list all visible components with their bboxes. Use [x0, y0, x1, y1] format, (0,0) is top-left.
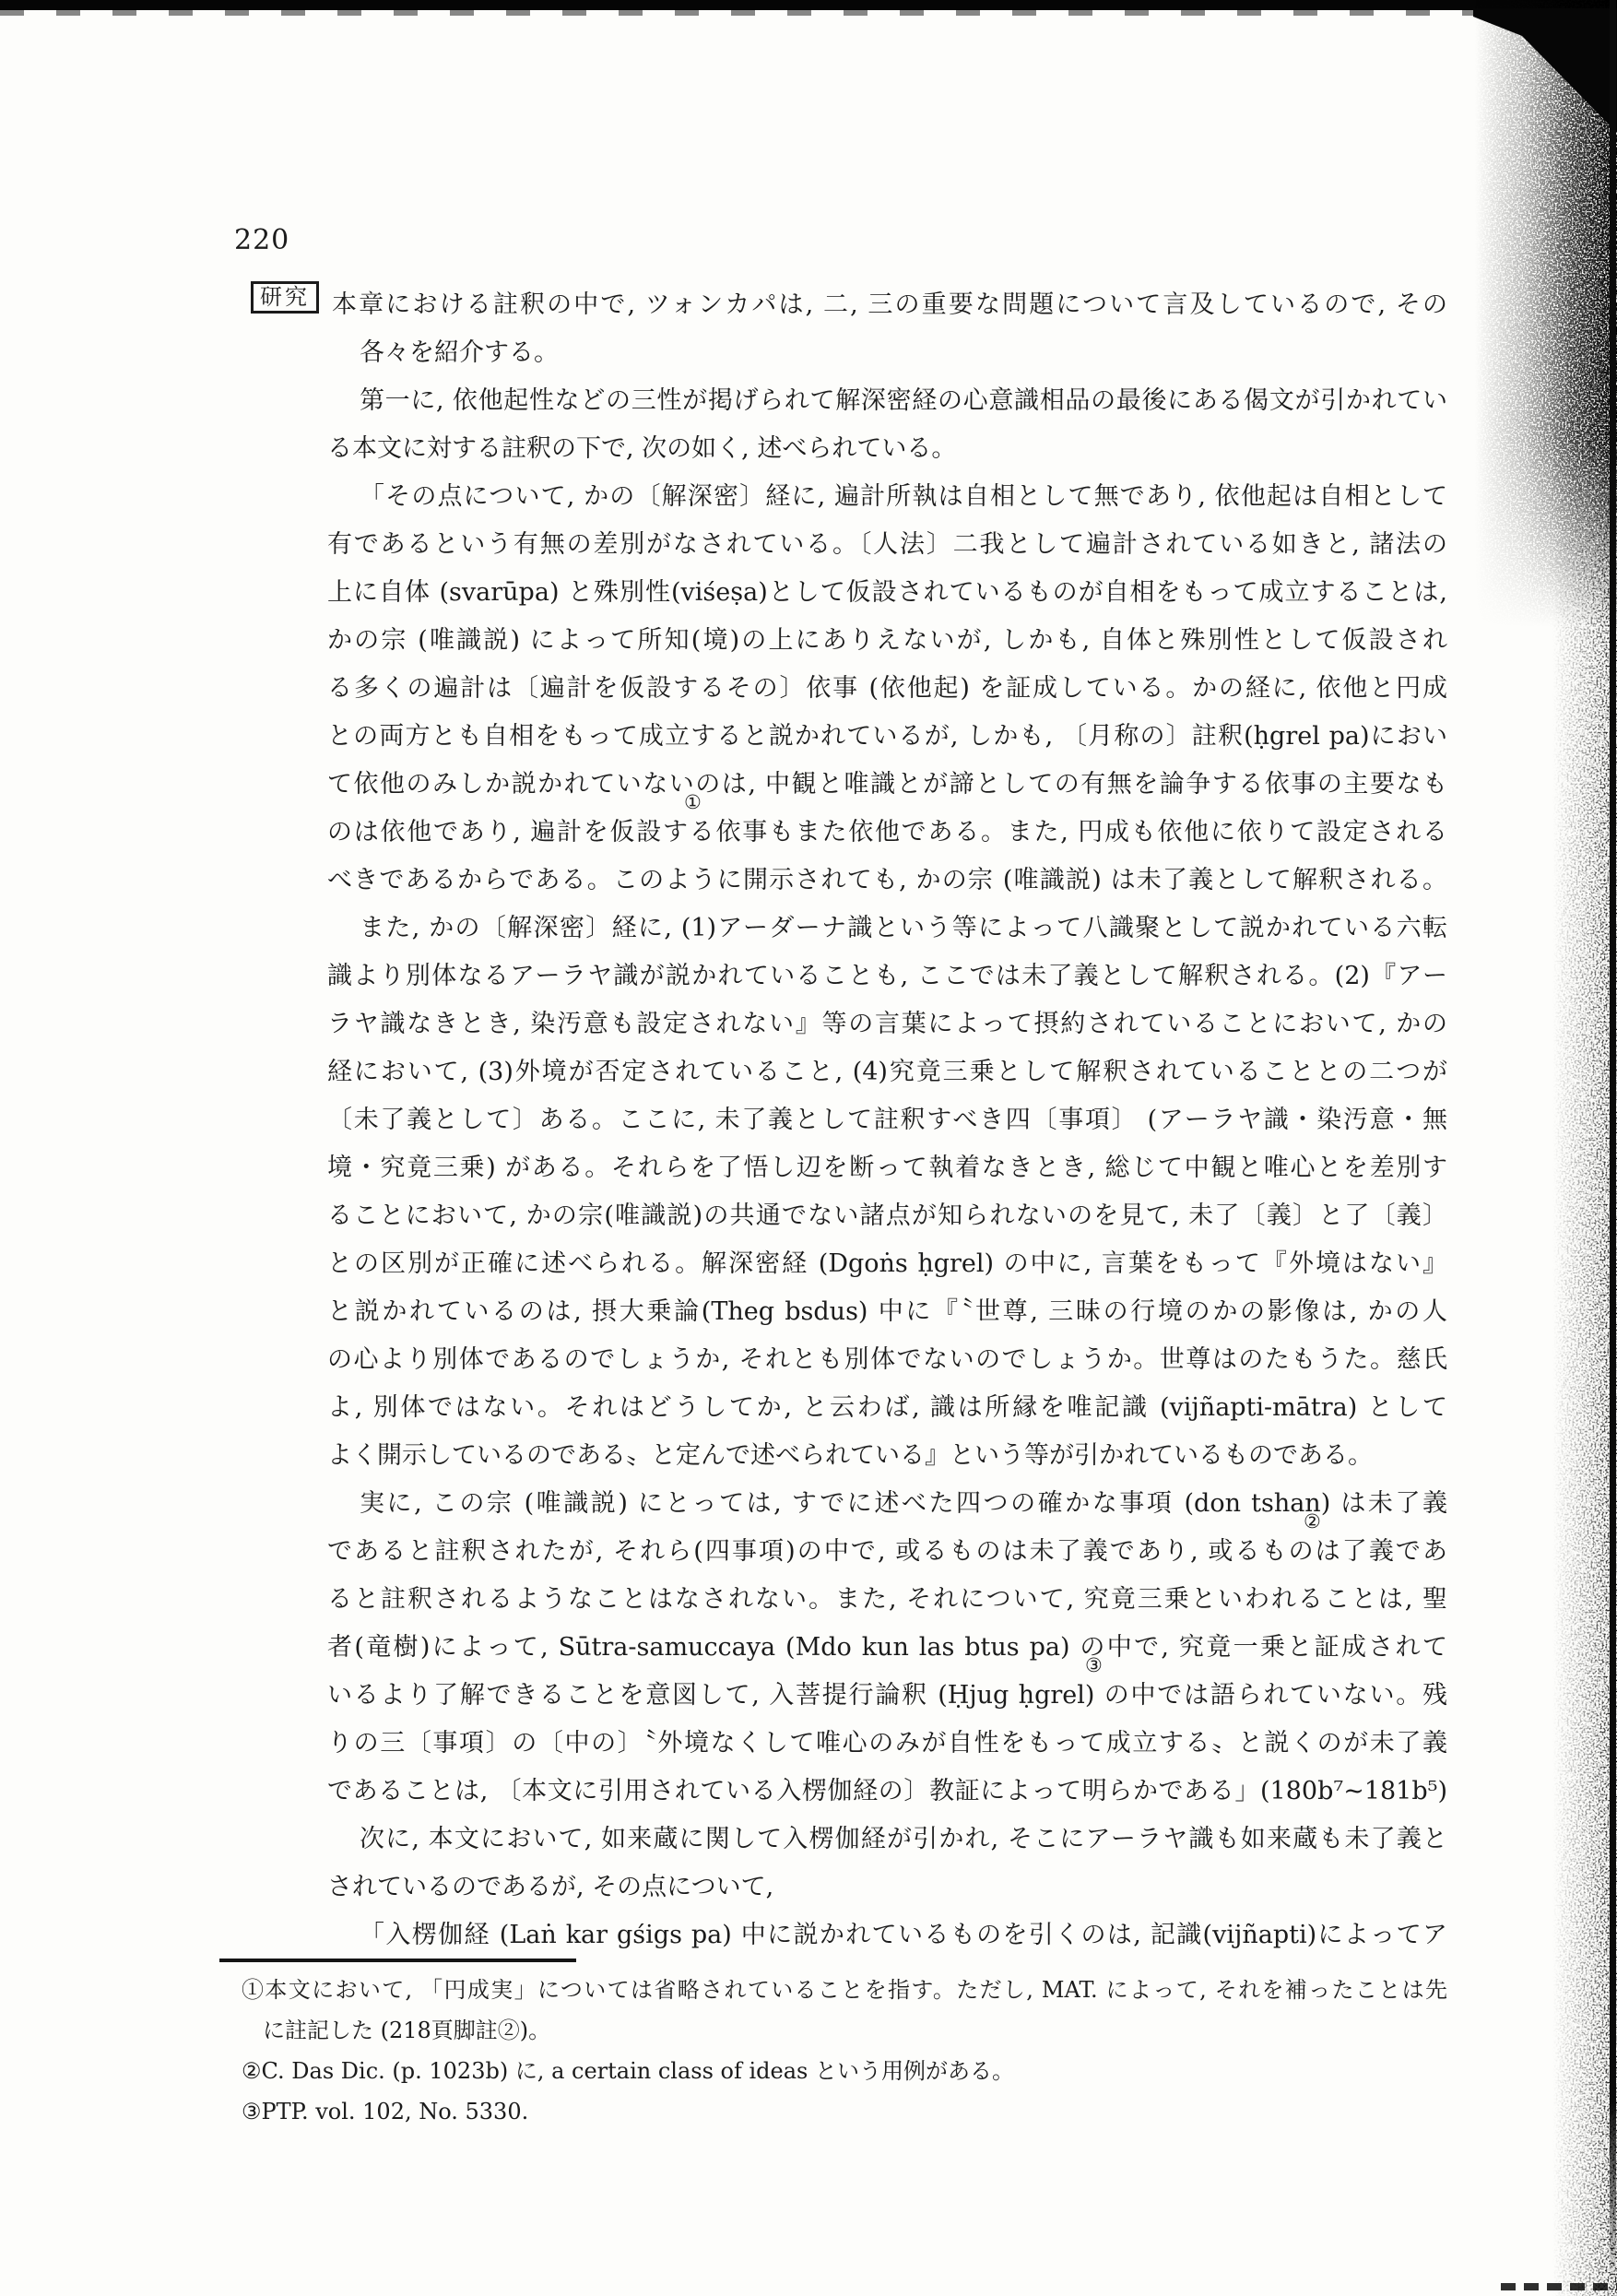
text-line: 上に自体 (svarūpa) と殊別性(viśeṣa)として仮設されているものが…	[327, 576, 1447, 613]
scan-artifact-top-frizz	[0, 10, 1617, 16]
text-line: 〔未了義として〕ある。ここに, 未了義として註釈すべき四〔事項〕 (アーラヤ識・…	[327, 1104, 1447, 1141]
text-line: ることにおいて, かの宗(唯識説)の共通でない諸点が知られないのを見て, 未了〔…	[327, 1200, 1447, 1237]
section-label: 研究	[260, 284, 310, 310]
scan-artifact-edge-noise	[1552, 0, 1617, 2296]
text-line: 次に, 本文において, 如来蔵に関して入楞伽経が引かれ, そこにアーラヤ識も如来…	[360, 1823, 1447, 1860]
text-line: との両方とも自相をもって成立すると説かれているが, しかも, 〔月称の〕註釈(ḥ…	[327, 720, 1447, 757]
scan-artifact-bottom-dashes	[1501, 2283, 1617, 2290]
text-line: よく開示しているのである〟と定んで述べられている』という等が引かれているものであ…	[327, 1439, 1447, 1476]
page-number: 220	[234, 224, 289, 256]
text-line: であると註釈されたが, それら(四事項)の中で, 或るものは未了義であり, 或る…	[327, 1535, 1447, 1572]
text-line: 境・究竟三乗) がある。それらを了悟し辺を断って執着なきとき, 総じて中観と唯心…	[327, 1152, 1447, 1189]
text-line: であることは, 〔本文に引用されている入楞伽経の〕教証によって明らかである」(1…	[327, 1775, 1447, 1812]
text-line: また, かの〔解深密〕経に, (1)アーダーナ識という等によって八識聚として説か…	[360, 912, 1447, 949]
footnote-separator-rule	[219, 1959, 576, 1962]
text-line: 者(竜樹)によって, Sūtra-samuccaya (Mdo kun las …	[327, 1631, 1447, 1668]
footnote-line: に註記した (218頁脚註②)。	[263, 2016, 1447, 2045]
text-line: と説かれているのは, 摂大乗論(Theg bsdus) 中に『〝世尊, 三昧の行…	[327, 1296, 1447, 1332]
text-line: 経において, (3)外境が否定されていること, (4)究竟三乗として解釈されてい…	[327, 1056, 1447, 1093]
text-line: 各々を紹介する。	[360, 337, 1447, 373]
footnote-ref-mark: ①	[684, 793, 702, 812]
text-line: 「その点について, かの〔解深密〕経に, 遍計所執は自相として無であり, 依他起…	[360, 480, 1447, 517]
text-line: よ, 別体ではない。それはどうしてか, と云わば, 識は所縁を唯記識 (vijñ…	[327, 1391, 1447, 1428]
text-line: の心より別体であるのでしょうか, それとも別体でないのでしょうか。世尊はのたもう…	[327, 1343, 1447, 1380]
text-line: 有であるという有無の差別がなされている。〔人法〕二我として遍計されている如きと,…	[327, 528, 1447, 565]
text-line: との区別が正確に述べられる。解深密経 (Dgoṅs ḥgrel) の中に, 言葉…	[327, 1248, 1447, 1284]
footnote-ref-mark: ③	[1085, 1656, 1103, 1675]
text-line: 本章における註釈の中で, ツォンカパは, 二, 三の重要な問題について言及してい…	[332, 289, 1447, 325]
text-line: 「入楞伽経 (Laṅ kar gśigs pa) 中に説かれているものを引くのは…	[360, 1919, 1447, 1956]
text-line: かの宗 (唯識説) によって所知(境)の上にありえないが, しかも, 自体と殊別…	[327, 624, 1447, 661]
text-line: る多くの遍計は〔遍計を仮設するその〕依事 (依他起) を証成している。かの経に,…	[327, 672, 1447, 709]
text-line: りの三〔事項〕の〔中の〕〝外境なくして唯心のみが自性をもって成立する〟と説くのが…	[327, 1727, 1447, 1764]
text-line: ラヤ識なきとき, 染汚意も設定されない』等の言葉によって摂約されていることにおい…	[327, 1008, 1447, 1045]
footnote-ref-mark: ②	[1304, 1512, 1321, 1532]
text-line: て依他のみしか説かれていないのは, 中観と唯識とが諦としての有無を論争する依事の…	[327, 768, 1447, 805]
text-line: いるより了解できることを意図して, 入菩提行論釈 (Ḥjug ḥgrel) の中…	[327, 1679, 1447, 1716]
text-line: 第一に, 依他起性などの三性が掲げられて解深密経の心意識相品の最後にある偈文が引…	[360, 385, 1447, 421]
section-label-box: 研究	[251, 281, 319, 314]
text-line: のは依他であり, 遍計を仮設する依事もまた依他である。また, 円成も依他に依りて…	[327, 816, 1447, 853]
text-line: されているのであるが, その点について,	[327, 1871, 1447, 1908]
text-line: 識より別体なるアーラヤ識が説かれていることも, ここでは未了義として解釈される。…	[327, 960, 1447, 997]
scan-artifact-gutter-line	[1610, 0, 1616, 2285]
scanned-page: 220 研究 本章における註釈の中で, ツォンカパは, 二, 三の重要な問題につ…	[0, 0, 1617, 2296]
text-line: ると註釈されるようなことはなされない。また, それについて, 究竟三乗といわれる…	[327, 1583, 1447, 1620]
footnote-line: ③PTP. vol. 102, No. 5330.	[242, 2097, 1447, 2126]
footnote-line: ②C. Das Dic. (p. 1023b) に, a certain cla…	[242, 2056, 1447, 2086]
footnote-line: ①本文において, 「円成実」については省略されていることを指す。ただし, MAT…	[242, 1975, 1447, 2005]
scan-artifact-top-bar	[0, 0, 1617, 10]
text-line: る本文に対する註釈の下で, 次の如く, 述べられている。	[327, 432, 1447, 469]
text-line: 実に, この宗 (唯識説) にとっては, すでに述べた四つの確かな事項 (don…	[360, 1487, 1447, 1524]
text-line: べきであるからである。このように開示されても, かの宗 (唯識説) は未了義とし…	[327, 864, 1447, 901]
